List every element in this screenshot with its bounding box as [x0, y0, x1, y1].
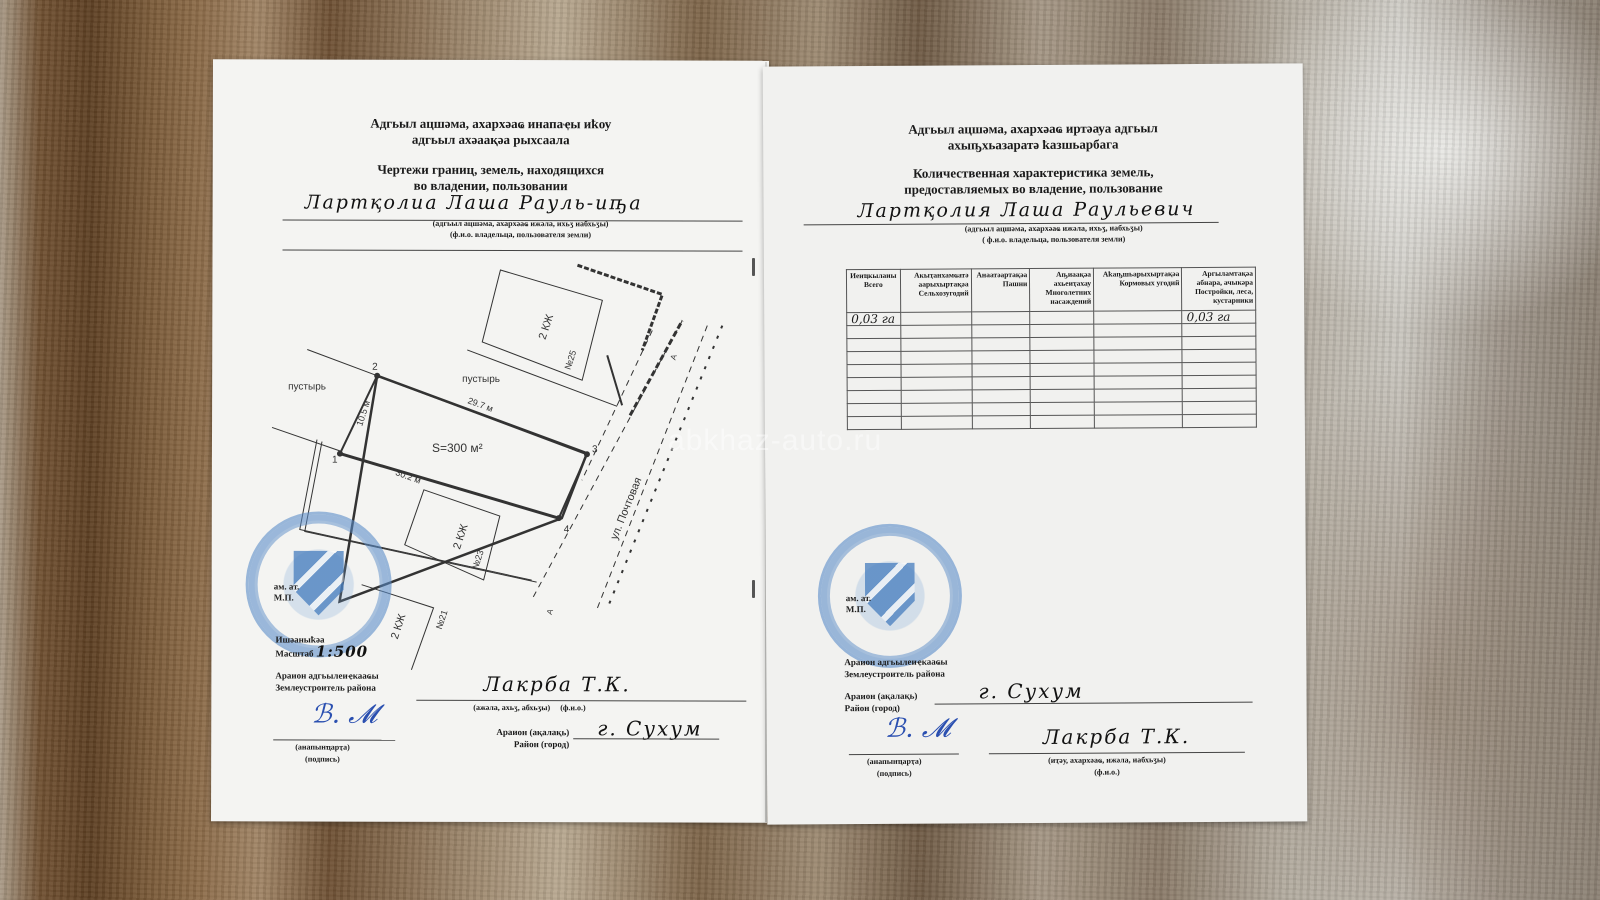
stamp-label-abkhaz: ам. ат. [846, 593, 871, 604]
table-row [847, 414, 1256, 429]
right-surveyor-label: Араион адгьылеиҿкаaҩы Землеустроитель ра… [844, 656, 947, 681]
table-header-cell: Аҟаҧшьарыхыртақәа Кормовых угодий [1093, 268, 1182, 312]
neighbour-boundary-line [272, 427, 342, 451]
left-district-label-ru: Район (город) [477, 738, 569, 750]
table-cell [972, 364, 1031, 377]
table-cell [972, 390, 1031, 403]
left-surveyor-name: Лакрба Т.К. [483, 672, 630, 696]
building-25-type: 2 КЖ [537, 313, 556, 341]
side-length-1-4: 30.2 м [394, 467, 422, 485]
left-district-value: г. Сухум [597, 716, 702, 740]
official-stamp-right: ам. ат. М.П. [817, 523, 962, 668]
table-cell [1030, 311, 1094, 324]
right-district-label-ru: Район (город) [845, 702, 918, 714]
table-cell [847, 364, 901, 377]
right-title-abkhaz-line-2: ахыҧхьазаратә ҟазшьарбага [763, 135, 1303, 154]
table-cell [1182, 362, 1256, 375]
right-signature-caption: (анапынҵарҭа) (подпись) [867, 756, 922, 780]
right-owner-name: Лартқолия Лаша Раульевич [858, 198, 1196, 222]
table-cell [900, 338, 971, 351]
table-cell [1030, 350, 1094, 363]
right-surveyor-label-ru: Землеустроитель района [844, 668, 947, 681]
staple-bottom [752, 580, 755, 598]
table-cell [900, 325, 971, 338]
table-cell [1094, 363, 1182, 377]
plot-area-label: S=300 м² [432, 441, 483, 455]
table-cell [1183, 401, 1257, 414]
table-header-cell: Аҧиаақәа ахьеиҭахау Многолетних насажден… [1030, 268, 1094, 311]
coat-of-arms-icon [865, 563, 915, 627]
table-cell: 0,03 га [847, 312, 901, 325]
table-body: 0,03 га0,03 га [847, 310, 1257, 429]
table-header-cell: Анаатәартақәа Пашни [971, 269, 1030, 312]
stamp-label-abkhaz: ам. ат. [274, 582, 299, 593]
street-edge-line [597, 325, 708, 610]
table-cell [847, 377, 901, 390]
table-cell [1183, 388, 1257, 401]
table-cell: 0,03 га [1182, 310, 1256, 323]
table-cell [972, 416, 1031, 429]
street-curb-line [630, 320, 682, 415]
table-cell [1094, 311, 1182, 325]
building-21-type: 2 КЖ [389, 612, 408, 640]
table-cell [901, 364, 972, 377]
right-surveyor-signature: ℬ. 𝓜 [885, 714, 951, 745]
left-district-label-abkhaz: Араион (ақалақь) [477, 726, 569, 738]
plot-side-3-4 [559, 454, 587, 518]
street-fence-line [607, 325, 723, 610]
stamp-label-ru: М.П. [274, 593, 299, 604]
table-cell [972, 351, 1031, 364]
table-header-cell: Иеиҵкылаиы Всего [846, 269, 900, 312]
table-cell [972, 377, 1031, 390]
plot-point-4-marker [556, 515, 562, 521]
coat-of-arms-icon [293, 551, 344, 616]
plot-point-2-label: 2 [372, 362, 378, 373]
table-cell [1030, 389, 1094, 402]
left-signature-caption-abkhaz: (анапынҵарҭа) [295, 741, 350, 753]
plot-point-3-marker [584, 451, 590, 457]
scale-value: 1:500 [316, 643, 368, 661]
stamp-label-ru: М.П. [846, 604, 871, 615]
table-cell [1030, 337, 1094, 350]
scale-row: Масштаб 1:500 [275, 645, 368, 659]
table-cell [1182, 375, 1256, 388]
table-header-cell: Аргыламтақәа абнара, ачыкәра Постройки, … [1182, 267, 1256, 310]
axis-label-bottom: А [545, 607, 555, 616]
table-cell [1094, 389, 1182, 403]
table-header-row: Иеиҵкылаиы ВсегоАкыҭанхамҩатә аарыхыртақ… [846, 267, 1255, 312]
wasteland-label-left: пустырь [288, 381, 326, 392]
table-cell [1094, 350, 1182, 364]
table-cell [847, 390, 901, 403]
right-signature-caption-ru: (подпись) [867, 768, 922, 780]
scale-label-ru: Масштаб [275, 648, 313, 658]
land-quantity-table: Иеиҵкылаиы ВсегоАкыҭанхамҩатә аарыхыртақ… [846, 267, 1257, 431]
table-cell [901, 416, 972, 429]
table-cell [1094, 324, 1182, 338]
table-cell [1182, 336, 1256, 349]
table-cell [1182, 349, 1256, 362]
table-cell [901, 390, 972, 403]
right-title-abkhaz: Адгьыл ацшәма, ахархәаҩ иртәауа адгьыл а… [763, 119, 1303, 154]
table-cell [1094, 415, 1182, 429]
table-cell [1094, 402, 1182, 416]
building-25-number: №25 [563, 349, 579, 371]
plot-point-4-label: 4 [564, 524, 570, 535]
right-name-caption-ru: (ф.и.о.) [1017, 766, 1197, 779]
right-district-value: г. Сухум [978, 679, 1083, 704]
stamp-place-label: ам. ат. М.П. [274, 582, 299, 604]
table-cell [971, 325, 1030, 338]
table-cell [847, 403, 901, 416]
table-cell [847, 351, 901, 364]
table-cell [847, 338, 901, 351]
right-title-ru: Количественная характеристика земель, пр… [763, 163, 1303, 198]
left-signature-caption: (анапынҵарҭа) (подпись) [295, 741, 350, 765]
building-21-number: №21 [434, 609, 450, 631]
neighbour-boundary-line [307, 350, 377, 376]
street-edge-line [582, 330, 652, 480]
table-cell [971, 312, 1030, 325]
right-district-label-abkhaz: Араион (ақалақь) [845, 690, 918, 702]
plot-side-1-4 [340, 454, 559, 519]
table-cell [972, 403, 1031, 416]
plot-point-1-label: 1 [332, 455, 338, 466]
left-surveyor-signature: ℬ. 𝓜 [311, 700, 377, 731]
table-cell [971, 338, 1030, 351]
table-cell [847, 325, 901, 338]
table-cell [900, 312, 971, 325]
table-cell [1030, 324, 1094, 337]
right-surveyor-name: Лакрба Т.К. [1043, 724, 1191, 749]
left-surveyor-label: Араион адгьылеиҿкаaҩы Землеустроитель ра… [275, 669, 378, 693]
table-cell [1094, 337, 1182, 351]
plot-point-2-marker [374, 373, 380, 379]
plot-point-3-label: 3 [592, 444, 598, 455]
building-23-outline [405, 490, 500, 580]
wasteland-label-right: пустырь [462, 374, 500, 385]
table-cell [1030, 363, 1094, 376]
table-cell [1182, 323, 1256, 336]
scale-block: Ишәаныҟәа Масштаб 1:500 [275, 633, 368, 659]
left-signature-caption-ru: (подпись) [295, 753, 350, 765]
right-name-caption: (иҭәу, ахархәаҩ, ижәла, иабхьӡы) (ф.и.о.… [1017, 754, 1197, 779]
table-cell [1183, 414, 1257, 427]
left-name-caption: (ажәла, ахьӡ, абхьӡы) (ф.и.о.) [473, 702, 585, 714]
axis-label-top: А [669, 353, 679, 362]
table-cell [901, 403, 972, 416]
fence-line [607, 355, 622, 405]
watermark: abkhaz-auto.ru [668, 424, 882, 458]
table-row: 0,03 га0,03 га [847, 310, 1256, 325]
stamp-place-label: ам. ат. М.П. [846, 593, 872, 615]
table-cell [1031, 402, 1095, 415]
fence-line [577, 265, 662, 350]
table-header-cell: Акыҭанхамҩатә аарыхыртақәа Сельхозугодий [900, 269, 971, 312]
table-cell [901, 377, 972, 390]
right-name-caption-abkhaz: (иҭәу, ахархәаҩ, ижәла, иабхьӡы) [1017, 754, 1197, 767]
staple-top [752, 258, 755, 276]
table-cell [1031, 415, 1095, 428]
right-title-ru-line-2: предоставляемых во владение, пользование [763, 179, 1303, 198]
table-cell [1030, 376, 1094, 389]
left-surveyor-label-abkhaz: Араион адгьылеиҿкаaҩы [275, 669, 378, 681]
left-district-label: Араион (ақалақь) Район (город) [477, 726, 569, 750]
right-surveyor-label-abkhaz: Араион адгьылеиҿкаaҩы [844, 656, 947, 669]
right-owner-caption-ru: ( ф.и.о. владельца, пользователя земли) [804, 232, 1304, 246]
building-23-type: 2 КЖ [451, 523, 470, 551]
plot-point-1-marker [337, 451, 343, 457]
right-owner-caption: (адгьыл ацшәма, ахархәаҩ ижәла, ихьӡ, иа… [804, 221, 1304, 246]
left-surveyor-label-ru: Землеустроитель района [275, 681, 378, 693]
table-cell [901, 351, 972, 364]
right-district-label: Араион (ақалақь) Район (город) [845, 690, 918, 714]
right-signature-caption-abkhaz: (анапынҵарҭа) [867, 756, 922, 768]
street-axis-line [532, 320, 683, 600]
table-cell [1094, 376, 1182, 390]
